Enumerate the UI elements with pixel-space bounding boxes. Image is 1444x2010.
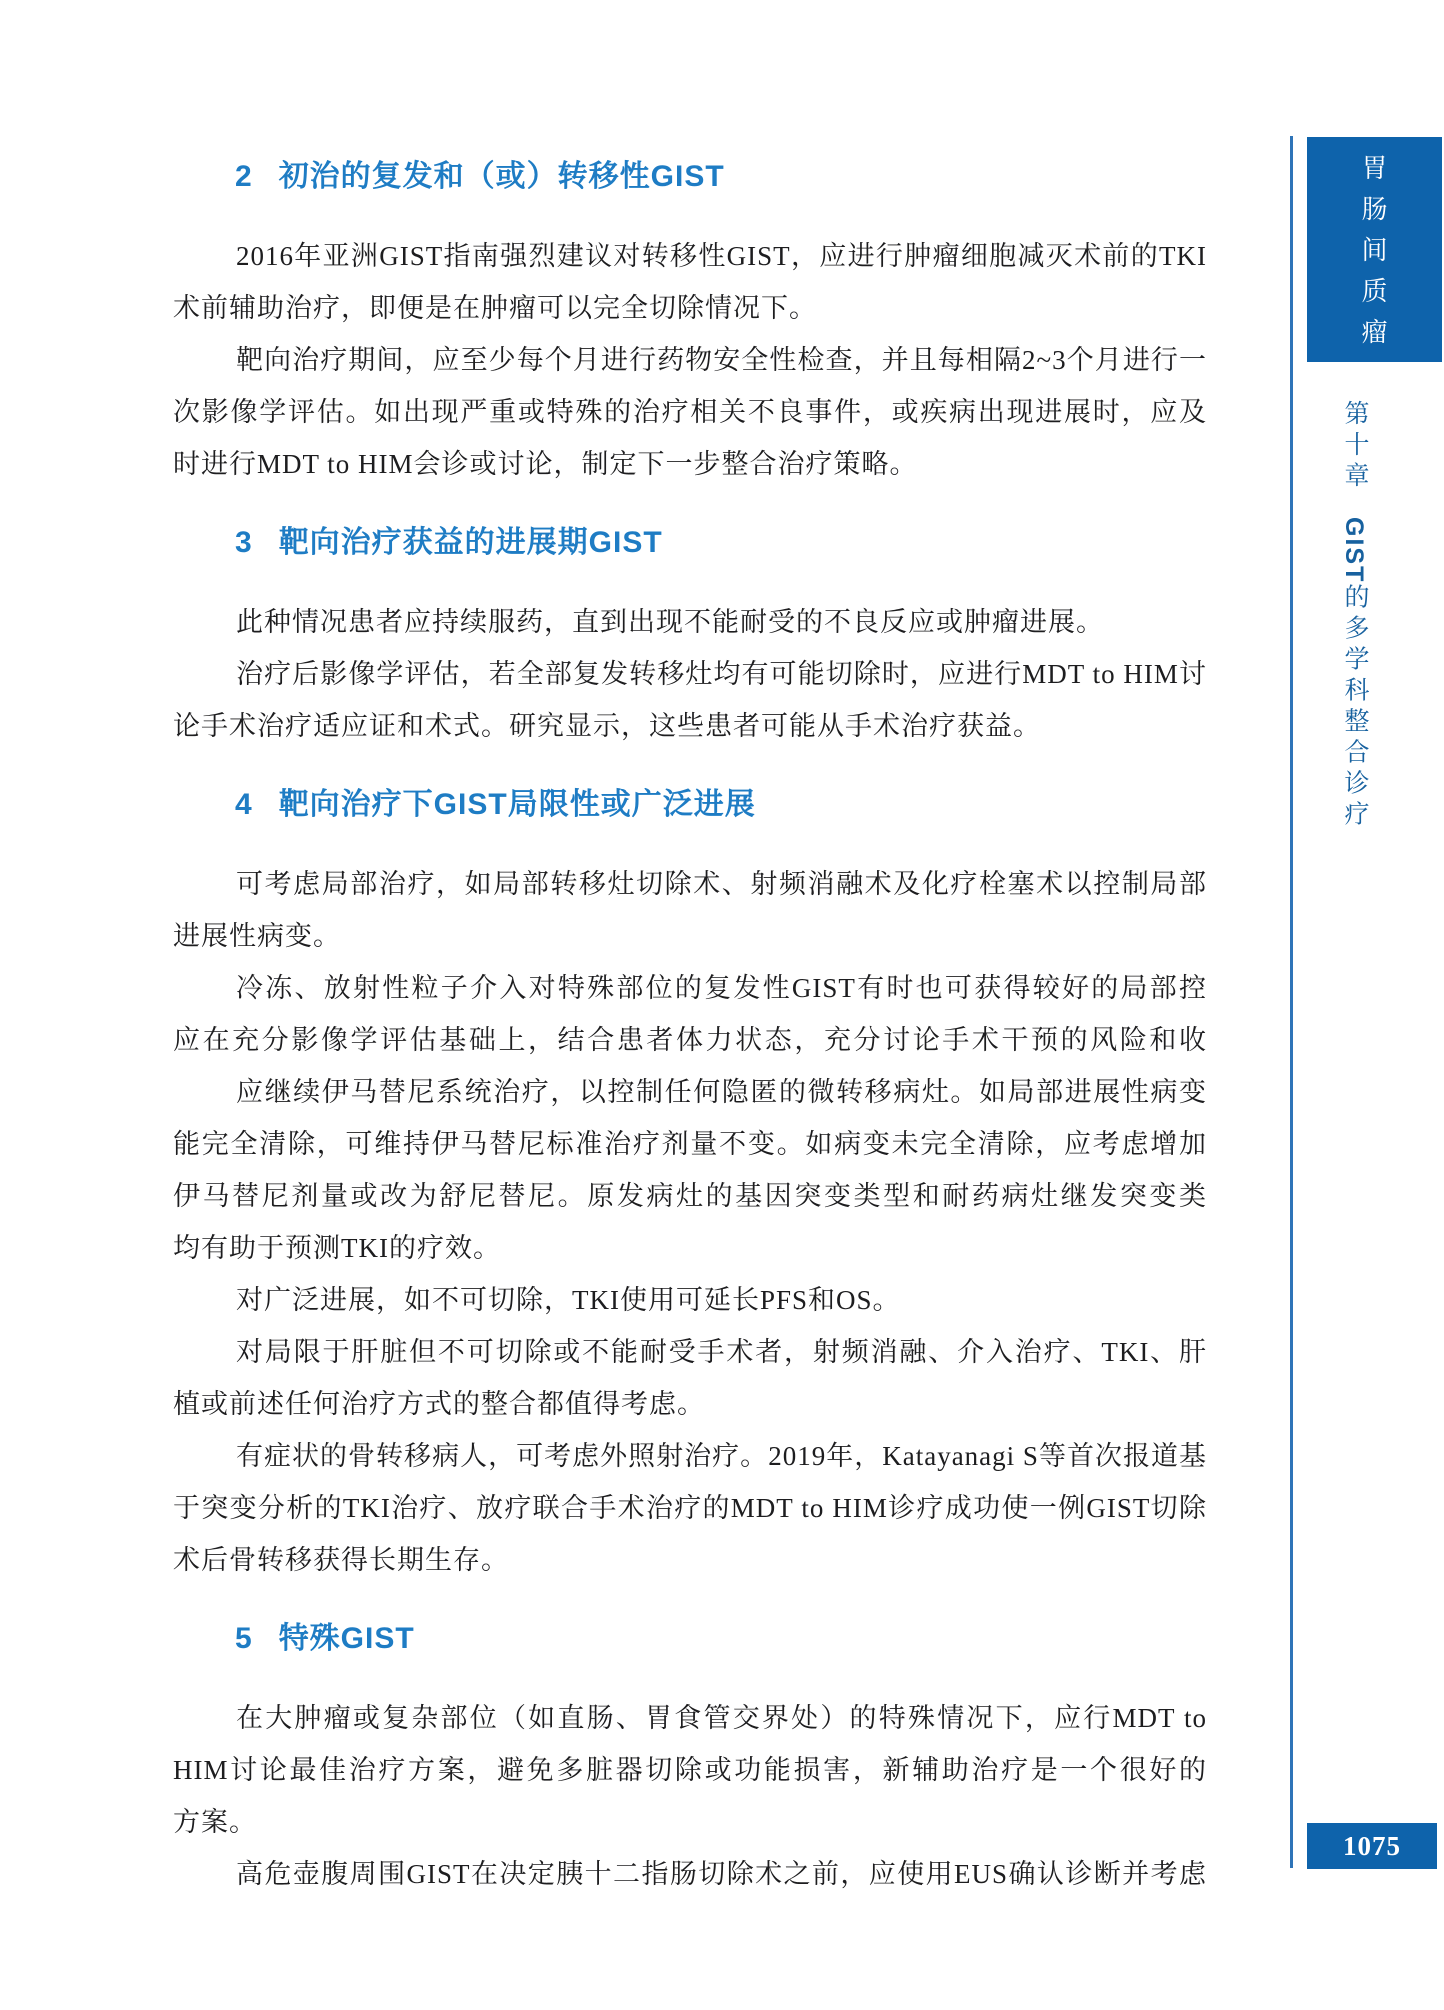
body-line: 应继续伊马替尼系统治疗，以控制任何隐匿的微转移病灶。如局部进展性病变 [173,1066,1207,1118]
body-line: 此种情况患者应持续服药，直到出现不能耐受的不良反应或肿瘤进展。 [173,596,1207,648]
chapter-tab-char: 瘤 [1361,319,1387,345]
section-title: 初治的复发和（或）转移性GIST [279,160,725,194]
body-line: 高危壶腹周围GIST在决定胰十二指肠切除术之前，应使用EUS确认诊断并考虑 [173,1848,1207,1900]
section-number: 3 [235,526,253,560]
body-line: 在大肿瘤或复杂部位（如直肠、胃食管交界处）的特殊情况下，应行MDT to [173,1692,1207,1744]
chapter-tab-box: 胃肠间质瘤 [1307,137,1442,362]
body-line: 治疗后影像学评估，若全部复发转移灶均有可能切除时，应进行MDT to HIM讨 [173,648,1207,700]
body-line: 2016年亚洲GIST指南强烈建议对转移性GIST，应进行肿瘤细胞减灭术前的TK… [173,230,1207,282]
body-line: 均有助于预测TKI的疗效。 [173,1222,1207,1274]
chapter-tab-char: 肠 [1361,196,1387,222]
body-line: 植或前述任何治疗方式的整合都值得考虑。 [173,1378,1207,1430]
body-line: 术后骨转移获得长期生存。 [173,1534,1207,1586]
body-line: 论手术治疗适应证和术式。研究显示，这些患者可能从手术治疗获益。 [173,700,1207,752]
body-line: 对局限于肝脏但不可切除或不能耐受手术者，射频消融、介入治疗、TKI、肝移 [173,1326,1207,1378]
section-heading: 2初治的复发和（或）转移性GIST [235,160,1207,194]
chapter-tab-char: 间 [1361,237,1387,263]
section-title: 特殊GIST [279,1622,415,1656]
section-heading: 3靶向治疗获益的进展期GIST [235,526,1207,560]
section-heading: 5特殊GIST [235,1622,1207,1656]
chapter-tab-char: 质 [1361,278,1387,304]
body-line: 术前辅助治疗，即便是在肿瘤可以完全切除情况下。 [173,282,1207,334]
section-number: 4 [235,788,253,822]
body-line: 次影像学评估。如出现严重或特殊的治疗相关不良事件，或疾病出现进展时，应及 [173,386,1207,438]
body-line: 伊马替尼剂量或改为舒尼替尼。原发病灶的基因突变类型和耐药病灶继发突变类型， [173,1170,1207,1222]
body-line: 冷冻、放射性粒子介入对特殊部位的复发性GIST有时也可获得较好的局部控制。 [173,962,1207,1014]
body-line: 有症状的骨转移病人，可考虑外照射治疗。2019年，Katayanagi S等首次… [173,1430,1207,1482]
body-line: 应在充分影像学评估基础上，结合患者体力状态，充分讨论手术干预的风险和收益。 [173,1014,1207,1066]
chapter-number: 第十章 [1341,400,1368,493]
body-line: 时进行MDT to HIM会诊或讨论，制定下一步整合治疗策略。 [173,438,1207,490]
section-title: 靶向治疗获益的进展期GIST [279,526,663,560]
section-number: 5 [235,1622,253,1656]
page-number-box: 1075 [1307,1823,1437,1869]
body-line: 方案。 [173,1796,1207,1848]
body-line: 于突变分析的TKI治疗、放疗联合手术治疗的MDT to HIM诊疗成功使一例GI… [173,1482,1207,1534]
page-number: 1075 [1343,1831,1401,1862]
body-line: 靶向治疗期间，应至少每个月进行药物安全性检查，并且每相隔2~3个月进行一 [173,334,1207,386]
chapter-label: 第十章GIST的多学科整合诊疗 [1336,400,1372,880]
chapter-tab-char: 胃 [1361,155,1387,181]
section-title: 靶向治疗下GIST局限性或广泛进展 [279,788,756,822]
body-line: HIM讨论最佳治疗方案，避免多脏器切除或功能损害，新辅助治疗是一个很好的 [173,1744,1207,1796]
body-line: 可考虑局部治疗，如局部转移灶切除术、射频消融术及化疗栓塞术以控制局部 [173,858,1207,910]
content-column: 2初治的复发和（或）转移性GIST2016年亚洲GIST指南强烈建议对转移性GI… [173,160,1207,1900]
chapter-title-cjk: 的多学科整合诊疗 [1341,583,1368,831]
body-line: 能完全清除，可维持伊马替尼标准治疗剂量不变。如病变未完全清除，应考虑增加 [173,1118,1207,1170]
body-line: 进展性病变。 [173,910,1207,962]
body-line: 对广泛进展，如不可切除，TKI使用可延长PFS和OS。 [173,1274,1207,1326]
section-heading: 4靶向治疗下GIST局限性或广泛进展 [235,788,1207,822]
chapter-title-latin: GIST [1340,517,1368,583]
book-page: 2初治的复发和（或）转移性GIST2016年亚洲GIST指南强烈建议对转移性GI… [0,0,1444,2010]
section-number: 2 [235,160,253,194]
sidebar-divider-line [1290,136,1293,1868]
